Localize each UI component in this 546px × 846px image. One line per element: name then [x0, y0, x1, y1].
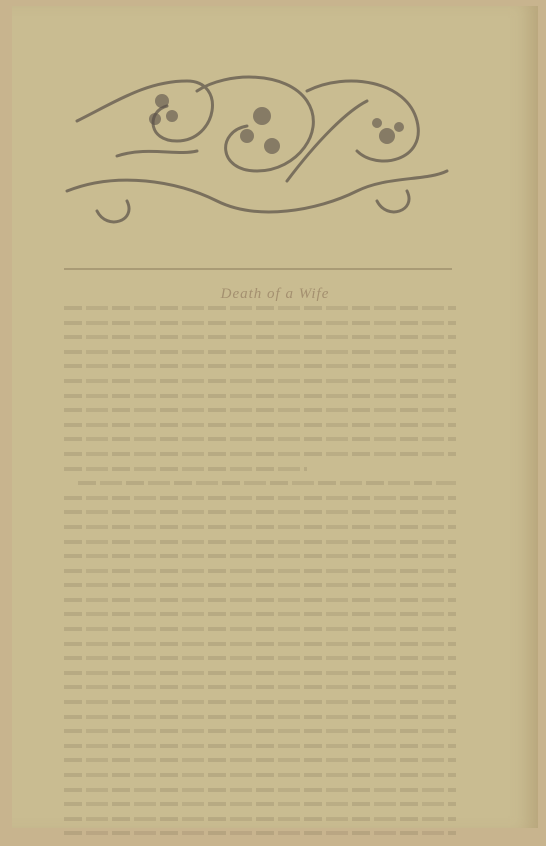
- chapter-title: Death of a Wife: [12, 286, 538, 303]
- floral-scroll-ornament-icon: [57, 61, 457, 231]
- body-text-illegible: [64, 306, 456, 831]
- divider-rule: [64, 268, 452, 270]
- book-page: Death of a Wife: [12, 6, 538, 828]
